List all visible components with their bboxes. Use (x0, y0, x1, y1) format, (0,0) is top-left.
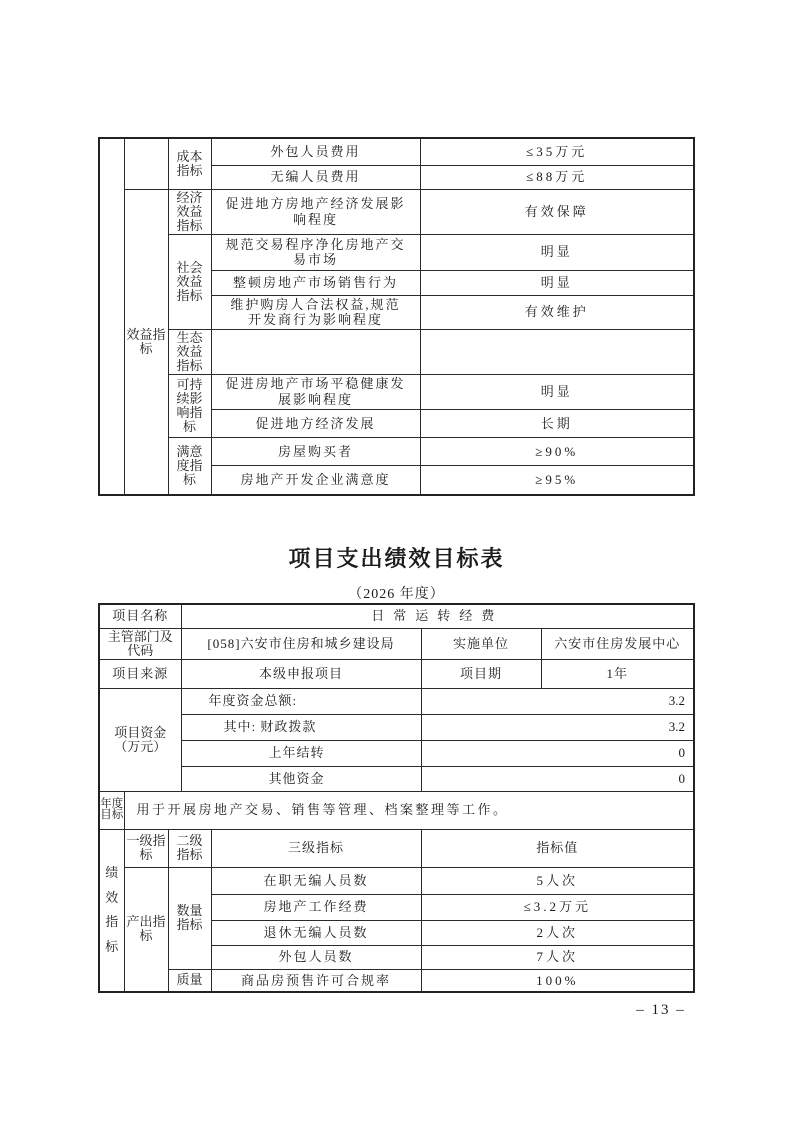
indicator-value: 有效保障 (420, 189, 694, 234)
period-value: 1年 (541, 659, 694, 688)
perf-indicator-value: ≤3.2万元 (421, 894, 694, 920)
perf-indicator-value: 7人次 (421, 945, 694, 969)
indicator-name-empty (211, 329, 420, 374)
level2-header: 二级指标 (168, 829, 211, 867)
indicator-value-empty (420, 329, 694, 374)
funds-row-value: 0 (421, 740, 694, 766)
page-number: – 13 – (591, 1002, 731, 1019)
funds-row-value: 3.2 (421, 688, 694, 714)
perf-indicator-value: 5人次 (421, 867, 694, 894)
indicator-name: 房屋购买者 (211, 437, 420, 465)
indicator-name: 房地产开发企业满意度 (211, 465, 420, 495)
funds-row-value: 0 (421, 766, 694, 791)
document-page: 成本指标 外包人员费用 ≤35万元 无编人员费用 ≤88万元 效益指标 经济效益… (0, 0, 793, 1122)
table1-upper-group-empty-cell (124, 138, 168, 189)
project-name-label: 项目名称 (99, 604, 181, 628)
perf-indicator-value: 100% (421, 969, 694, 992)
annual-goal-label: 年度目标 (99, 791, 124, 829)
indicator-value: ≥95% (420, 465, 694, 495)
project-name-value: 日常运转经费 (181, 604, 694, 628)
perf-indicator-name: 外包人员数 (211, 945, 421, 969)
annual-goal-text: 用于开展房地产交易、销售等管理、档案整理等工作。 (124, 791, 694, 829)
funds-row-label: 其中: 财政拨款 (181, 714, 421, 740)
perf-indicator-value: 2人次 (421, 920, 694, 945)
benefit-indicators-table: 成本指标 外包人员费用 ≤35万元 无编人员费用 ≤88万元 效益指标 经济效益… (98, 137, 695, 496)
indicator-name: 促进地方房地产经济发展影响程度 (211, 189, 420, 234)
sustainability-label: 可持续影响指标 (168, 374, 211, 437)
level3-header: 三级指标 (211, 829, 421, 867)
indicator-value: 明显 (420, 374, 694, 409)
source-value: 本级申报项目 (181, 659, 421, 688)
impl-unit-value: 六安市住房发展中心 (541, 628, 694, 659)
ecological-benefit-label: 生态效益指标 (168, 329, 211, 374)
project-target-table: 项目名称 日常运转经费 主管部门及代码 [058]六安市住房和城乡建设局 实施单… (98, 603, 695, 993)
indicator-value: 明显 (420, 234, 694, 270)
funds-row-label: 上年结转 (181, 740, 421, 766)
perf-indicator-name: 房地产工作经费 (211, 894, 421, 920)
indicator-value: ≥90% (420, 437, 694, 465)
social-benefit-label: 社会效益指标 (168, 234, 211, 329)
document-subtitle: （2026 年度） (0, 583, 793, 603)
perf-indicators-label: 绩效指标 (99, 829, 124, 992)
indicator-name: 外包人员费用 (211, 138, 420, 165)
benefit-group-label: 效益指标 (124, 189, 168, 495)
indicator-name: 促进地方经济发展 (211, 409, 420, 437)
source-label: 项目来源 (99, 659, 181, 688)
table1-left-spacer-cell (99, 138, 124, 495)
indicator-name: 促进房地产市场平稳健康发展影响程度 (211, 374, 420, 409)
indicator-name: 无编人员费用 (211, 165, 420, 189)
dept-value: [058]六安市住房和城乡建设局 (181, 628, 421, 659)
indicator-value: 明显 (420, 270, 694, 295)
funds-row-label: 其他资金 (181, 766, 421, 791)
indicator-value: 有效维护 (420, 295, 694, 329)
level1-header: 一级指标 (124, 829, 168, 867)
indicator-name: 维护购房人合法权益,规范开发商行为影响程度 (211, 295, 420, 329)
impl-unit-label: 实施单位 (421, 628, 541, 659)
document-title: 项目支出绩效目标表 (0, 542, 793, 573)
economic-benefit-label: 经济效益指标 (168, 189, 211, 234)
funds-row-value: 3.2 (421, 714, 694, 740)
indicator-value: ≤88万元 (420, 165, 694, 189)
funds-label: 项目资金（万元） (99, 688, 181, 791)
perf-indicator-name: 退休无编人员数 (211, 920, 421, 945)
indicator-value: 长期 (420, 409, 694, 437)
quantity-indicator-label: 数量指标 (168, 867, 211, 969)
dept-label: 主管部门及代码 (99, 628, 181, 659)
perf-indicator-name: 商品房预售许可合规率 (211, 969, 421, 992)
value-header: 指标值 (421, 829, 694, 867)
satisfaction-label: 满意度指标 (168, 437, 211, 495)
cost-indicator-label: 成本指标 (168, 138, 211, 189)
quality-indicator-label: 质量 (168, 969, 211, 992)
perf-indicator-name: 在职无编人员数 (211, 867, 421, 894)
indicator-value: ≤35万元 (420, 138, 694, 165)
period-label: 项目期 (421, 659, 541, 688)
output-indicator-label: 产出指标 (124, 867, 168, 992)
indicator-name: 规范交易程序净化房地产交易市场 (211, 234, 420, 270)
funds-row-label: 年度资金总额: (181, 688, 421, 714)
indicator-name: 整顿房地产市场销售行为 (211, 270, 420, 295)
